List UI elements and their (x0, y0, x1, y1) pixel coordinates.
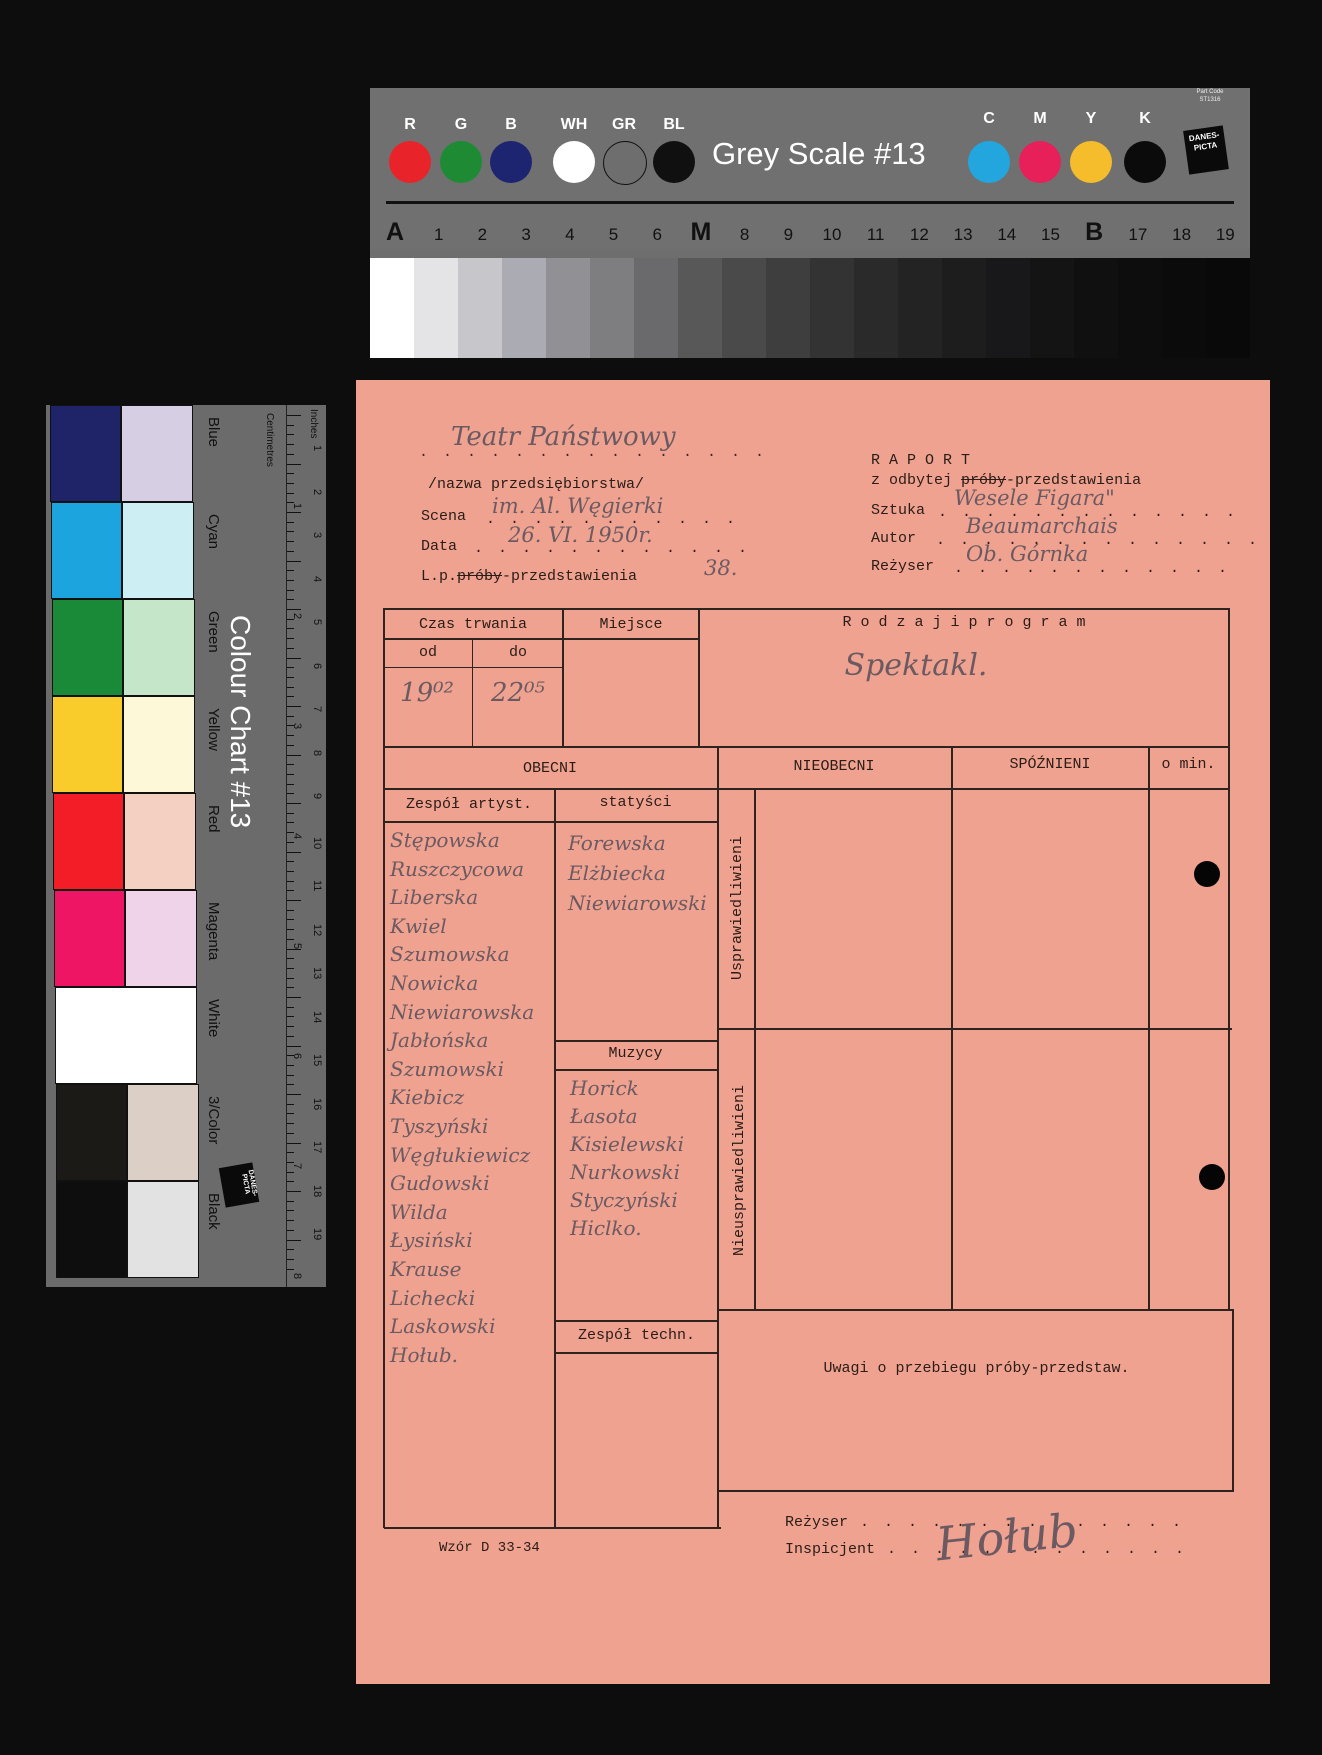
inch-tick: 1 (291, 503, 303, 509)
punch-hole (1199, 1164, 1225, 1190)
form-code: Wzór D 33-34 (439, 1540, 540, 1556)
color-patch-k (1124, 141, 1166, 183)
artist-name: Wilda (390, 1198, 560, 1227)
scale-label: 17 (1123, 225, 1153, 245)
artist-name: Niewiarowska (390, 998, 560, 1027)
cm-tick: 2 (311, 489, 323, 495)
color-patch-label: B (490, 116, 532, 134)
colour-name-3-color: 3/Color (198, 1096, 222, 1144)
to-value: 22⁰⁵ (478, 678, 558, 708)
swatch-white (55, 987, 197, 1084)
artist-name: Szumowska (390, 940, 560, 969)
grey-step (766, 258, 810, 358)
scale-label: 1 (424, 225, 454, 245)
scale-label: 5 (599, 225, 629, 245)
swatch-red-dark (53, 793, 124, 890)
grey-step (1030, 258, 1074, 358)
artist-name: Szumowski (390, 1055, 560, 1084)
color-patch-gr (603, 141, 647, 185)
excused-label: Usprawiedliwieni (724, 788, 752, 1028)
scale-label: 18 (1167, 225, 1197, 245)
artist-name: Ruszczycowa (390, 855, 560, 884)
artist-name: Łysiński (390, 1226, 560, 1255)
artist-name: Nowicka (390, 969, 560, 998)
artist-name: Krause (390, 1255, 560, 1284)
cm-tick: 16 (311, 1098, 323, 1110)
color-patch-r (389, 141, 431, 183)
place-header: Miejsce (563, 616, 699, 633)
artist-name: Hołub. (390, 1341, 560, 1370)
musician-name: Łasota (570, 1102, 720, 1130)
cm-tick: 11 (311, 880, 323, 891)
cm-tick: 10 (311, 837, 323, 849)
cm-tick: 15 (311, 1054, 323, 1066)
scale-label: 19 (1210, 225, 1240, 245)
scale-label: 10 (817, 225, 847, 245)
swatch-blue-light (121, 405, 193, 502)
scale-label: 8 (730, 225, 760, 245)
artist-name: Lichecki (390, 1284, 560, 1313)
swatch-yellow-light (123, 696, 195, 793)
musicians-list: HorickŁasotaKisielewskiNurkowskiStyczyńs… (570, 1074, 720, 1242)
duration-header: Czas trwania (383, 616, 563, 633)
swatch-green-light (123, 599, 195, 696)
scale-label: A (380, 218, 410, 247)
grey-step (546, 258, 590, 358)
report-form: Teatr Państwowy . . . . . . . . . . . . … (356, 380, 1270, 1684)
tech-header: Zespół techn. (554, 1327, 719, 1344)
color-patch-b (490, 141, 532, 183)
color-patch-label: C (968, 110, 1010, 128)
absent-header: NIEOBECNI (717, 758, 951, 775)
swatch-black-dark (56, 1181, 127, 1278)
cm-tick: 3 (311, 532, 323, 538)
scale-label: 11 (861, 225, 891, 245)
extra-name: Forewska (568, 828, 718, 858)
color-patch-c (968, 141, 1010, 183)
grey-step (722, 258, 766, 358)
swatch-cyan-dark (51, 502, 122, 599)
swatch-3/color-light (127, 1084, 199, 1181)
color-patch-label: WH (553, 116, 595, 134)
grey-step (414, 258, 458, 358)
cm-tick: 1 (311, 445, 323, 451)
artists-list: StępowskaRuszczycowaLiberskaKwielSzumows… (390, 826, 560, 1369)
scale-label: 14 (992, 225, 1022, 245)
grey-step (942, 258, 986, 358)
grey-step (1118, 258, 1162, 358)
remarks-header: Uwagi o przebiegu próby-przedstaw. (719, 1360, 1234, 1377)
scale-label: B (1079, 218, 1109, 247)
danes-picta-logo: DANES-PICTA (1183, 125, 1229, 174)
color-patch-label: BL (653, 116, 695, 134)
late-header: SPÓŹNIENI (951, 756, 1149, 773)
color-patch-label: K (1124, 110, 1166, 128)
cm-tick: 18 (311, 1185, 323, 1197)
cm-tick: 6 (311, 663, 323, 669)
scale-label: 12 (904, 225, 934, 245)
artist-name: Kwiel (390, 912, 560, 941)
extras-list: ForewskaElżbieckaNiewiarowski (568, 828, 718, 918)
cm-tick: 8 (311, 750, 323, 756)
color-patch-label: R (389, 116, 431, 134)
colour-name-white: White (198, 999, 222, 1037)
from-header: od (383, 644, 473, 661)
artist-name: Kiebicz (390, 1083, 560, 1112)
color-patch-label: GR (603, 116, 645, 134)
grey-step (458, 258, 502, 358)
inch-tick: 7 (291, 1163, 303, 1169)
grey-step (810, 258, 854, 358)
swatch-magenta-dark (54, 890, 125, 987)
divider (386, 201, 1234, 204)
scale-label: 6 (642, 225, 672, 245)
present-header: OBECNI (383, 760, 717, 777)
colour-name-blue: Blue (198, 417, 222, 447)
grey-step (502, 258, 546, 358)
extras-header: statyści (554, 794, 717, 811)
punch-hole (1194, 861, 1220, 887)
grey-step (590, 258, 634, 358)
cm-tick: 4 (311, 576, 323, 582)
grey-step (634, 258, 678, 358)
unexcused-label: Nieusprawiedliwieni (726, 1030, 754, 1310)
color-patch-label: Y (1070, 110, 1112, 128)
musician-name: Hiclko. (570, 1214, 720, 1242)
inch-tick: 8 (291, 1273, 303, 1279)
color-patch-bl (653, 141, 695, 183)
from-value: 19⁰² (392, 678, 462, 708)
grey-step (854, 258, 898, 358)
grey-step (1206, 258, 1250, 358)
grey-step (898, 258, 942, 358)
artist-name: Gudowski (390, 1169, 560, 1198)
swatch-blue-dark (50, 405, 121, 502)
scale-label: 13 (948, 225, 978, 245)
scale-label: 9 (773, 225, 803, 245)
scale-label: 3 (511, 225, 541, 245)
colour-chart-title: Colour Chart #13 (224, 615, 256, 828)
cm-tick: 14 (311, 1011, 323, 1023)
musician-name: Kisielewski (570, 1130, 720, 1158)
cm-tick: 12 (311, 924, 323, 936)
scale-label: 15 (1036, 225, 1066, 245)
type-header: R o d z a j i p r o g r a m (699, 614, 1229, 631)
artists-header: Zespół artyst. (384, 796, 554, 813)
swatch-yellow-dark (52, 696, 123, 793)
color-patch-label: G (440, 116, 482, 134)
grey-step (1074, 258, 1118, 358)
part-code: Part Code ST1316 (1182, 88, 1238, 104)
swatch-3/color-dark (56, 1084, 127, 1181)
artist-name: Tyszyński (390, 1112, 560, 1141)
inch-tick: 5 (291, 943, 303, 949)
grey-scale-title: Grey Scale #13 (712, 136, 926, 172)
color-patch-y (1070, 141, 1112, 183)
ruler-unit-cm: Centimetres (264, 413, 275, 467)
artist-name: Stępowska (390, 826, 560, 855)
musician-name: Horick (570, 1074, 720, 1102)
extra-name: Niewiarowski (568, 888, 718, 918)
minutes-header: o min. (1148, 756, 1229, 773)
extra-name: Elżbiecka (568, 858, 718, 888)
colour-name-green: Green (198, 611, 222, 653)
artist-name: Laskowski (390, 1312, 560, 1341)
swatch-cyan-light (122, 502, 194, 599)
color-patch-label: M (1019, 110, 1061, 128)
report-table: Czas trwania od do Miejsce R o d z a j i… (356, 380, 1270, 1684)
musician-name: Styczyński (570, 1186, 720, 1214)
cm-tick: 13 (311, 967, 323, 979)
color-patch-wh (553, 141, 595, 183)
swatch-magenta-light (125, 890, 197, 987)
cm-tick: 19 (311, 1228, 323, 1240)
colour-name-yellow: Yellow (198, 708, 222, 751)
swatch-green-dark (52, 599, 123, 696)
scale-label: 2 (467, 225, 497, 245)
type-value: Spektakl. (796, 648, 1036, 683)
ruler: 1234567891011121314151617181912345678 (286, 405, 327, 1287)
inch-tick: 6 (291, 1053, 303, 1059)
inch-tick: 4 (291, 833, 303, 839)
color-patch-g (440, 141, 482, 183)
colour-chart-card: BlueCyanGreenYellowRedMagentaWhite3/Colo… (46, 405, 326, 1287)
to-header: do (473, 644, 563, 661)
ruler-unit-inches: Inches (308, 409, 319, 438)
inch-tick: 3 (291, 723, 303, 729)
musicians-header: Muzycy (554, 1045, 717, 1062)
colour-name-magenta: Magenta (198, 902, 222, 960)
swatch-red-light (124, 793, 196, 890)
grey-step (986, 258, 1030, 358)
scale-label: M (686, 218, 716, 247)
artist-name: Liberska (390, 883, 560, 912)
grey-step-strip (370, 258, 1250, 358)
cm-tick: 5 (311, 619, 323, 625)
artist-name: Jabłońska (390, 1026, 560, 1055)
colour-name-cyan: Cyan (198, 514, 222, 549)
grey-step (370, 258, 414, 358)
cm-tick: 9 (311, 793, 323, 799)
colour-name-red: Red (198, 805, 222, 833)
danes-picta-logo: DANES-PICTA (219, 1162, 259, 1207)
scale-label: 4 (555, 225, 585, 245)
grey-step (1162, 258, 1206, 358)
grey-scale-card: RGBWHGRBLCMYK Grey Scale #13 Part Code S… (370, 88, 1250, 358)
cm-tick: 17 (311, 1141, 323, 1153)
grey-step (678, 258, 722, 358)
musician-name: Nurkowski (570, 1158, 720, 1186)
color-patch-m (1019, 141, 1061, 183)
swatch-black-light (127, 1181, 199, 1278)
cm-tick: 7 (311, 706, 323, 712)
colour-name-black: Black (198, 1193, 222, 1230)
artist-name: Węgłukiewicz (390, 1141, 560, 1170)
inch-tick: 2 (291, 613, 303, 619)
